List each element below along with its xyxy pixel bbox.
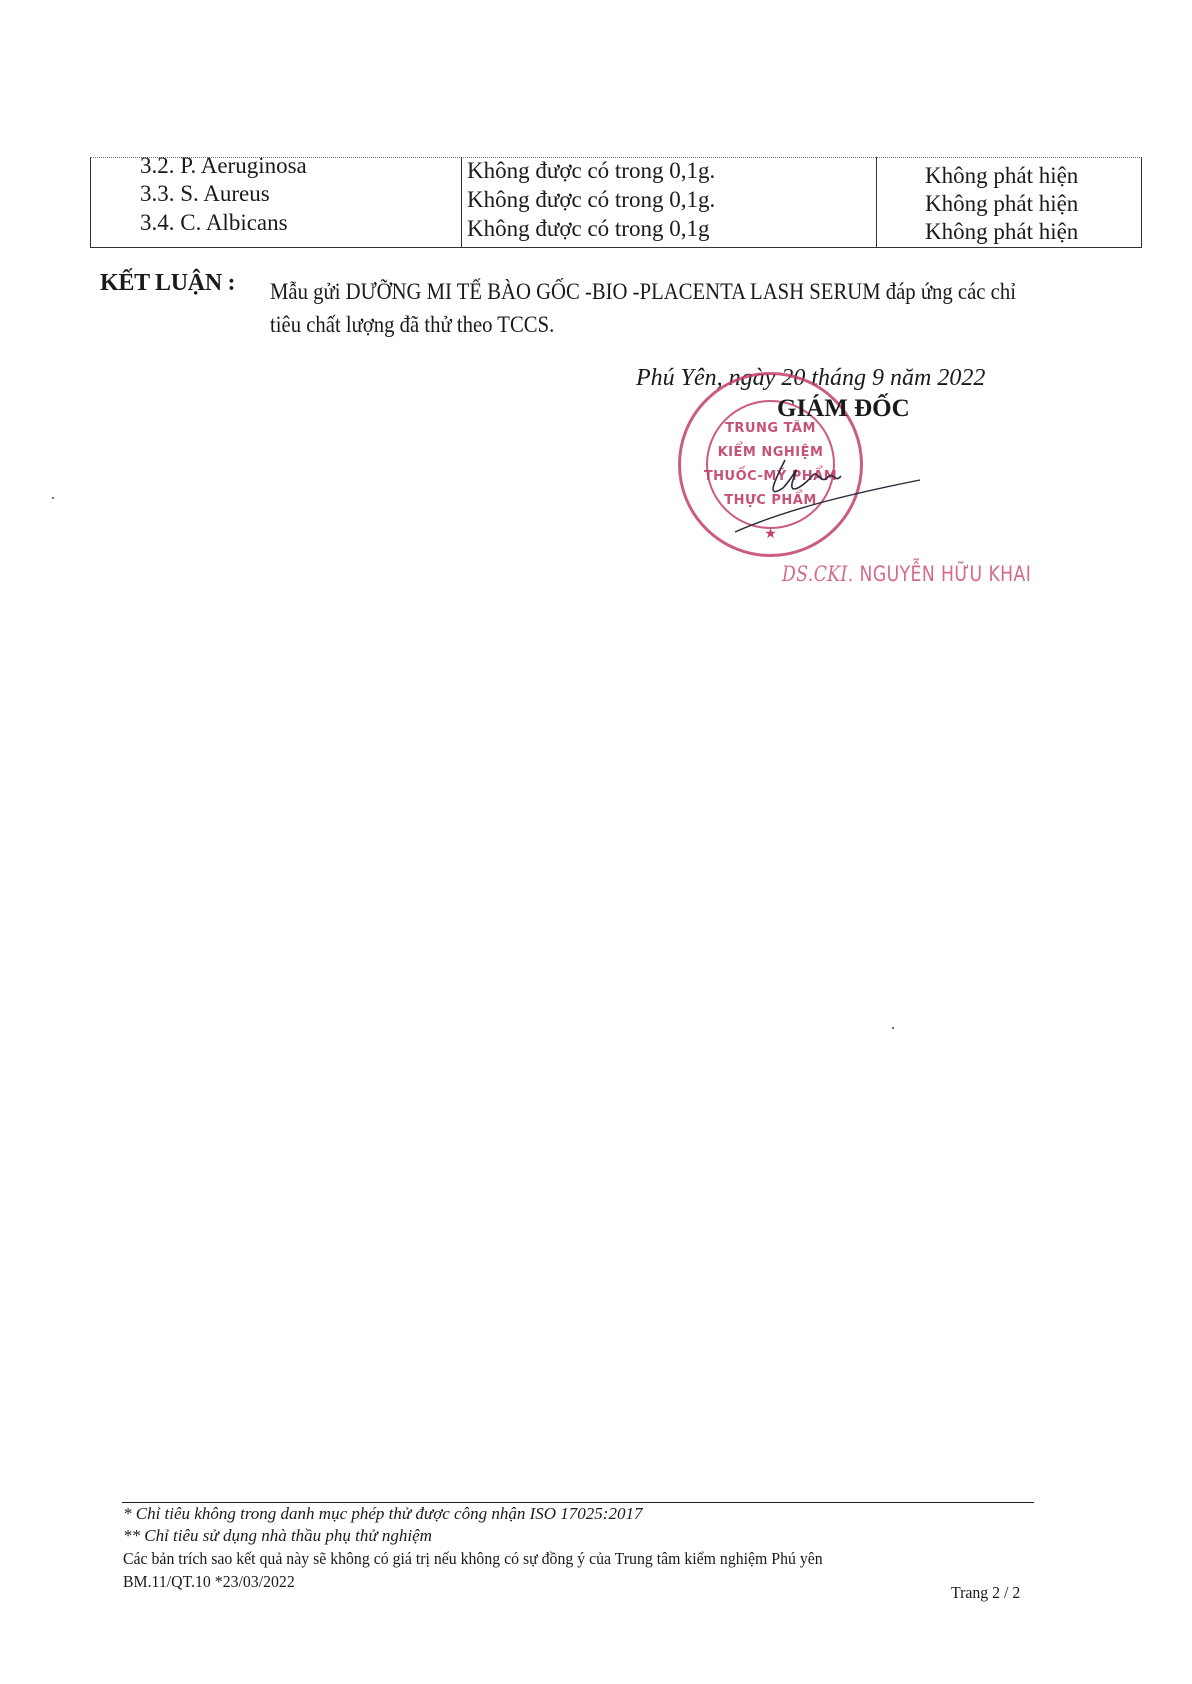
disclaimer: Các bản trích sao kết quả này sẽ không c… [123,1549,823,1569]
test-name: 3.3. S. Aureus [140,181,270,207]
scan-speck [892,1027,894,1029]
test-name: 3.4. C. Albicans [140,210,288,236]
footnote-iso: * Chỉ tiêu không trong danh mục phép thử… [123,1504,642,1524]
form-code: BM.11/QT.10 *23/03/2022 [123,1572,295,1592]
test-result: Không phát hiện [925,191,1078,217]
conclusion-text: Mẫu gửi DƯỠNG MI TẾ BÀO GỐC -BIO -PLACEN… [270,275,1026,341]
page-number: Trang 2 / 2 [951,1583,1020,1603]
test-result: Không phát hiện [925,163,1078,189]
footnote-subcontractor: ** Chỉ tiêu sử dụng nhà thầu phụ thử ngh… [123,1526,432,1546]
signer-full-name: NGUYỄN HỮU KHAI [860,562,1032,586]
test-name: 3.2. P. Aeruginosa [140,153,307,179]
handwritten-signature [725,440,925,540]
test-spec: Không được có trong 0,1g. [467,187,715,213]
footer-divider [122,1502,1034,1503]
document-page: 3.2. P. Aeruginosa Không được có trong 0… [0,0,1192,1684]
column-divider [461,157,462,248]
signer-degree: DS.CKI. [782,562,854,586]
signer-name: DS.CKI. NGUYỄN HỮU KHAI [782,562,1031,586]
test-result: Không phát hiện [925,219,1078,245]
test-spec: Không được có trong 0,1g [467,216,709,242]
scan-speck [52,497,54,499]
column-divider [876,157,877,248]
signer-title: GIÁM ĐỐC [777,395,910,423]
test-spec: Không được có trong 0,1g. [467,158,715,184]
conclusion-label: KẾT LUẬN : [100,270,235,297]
